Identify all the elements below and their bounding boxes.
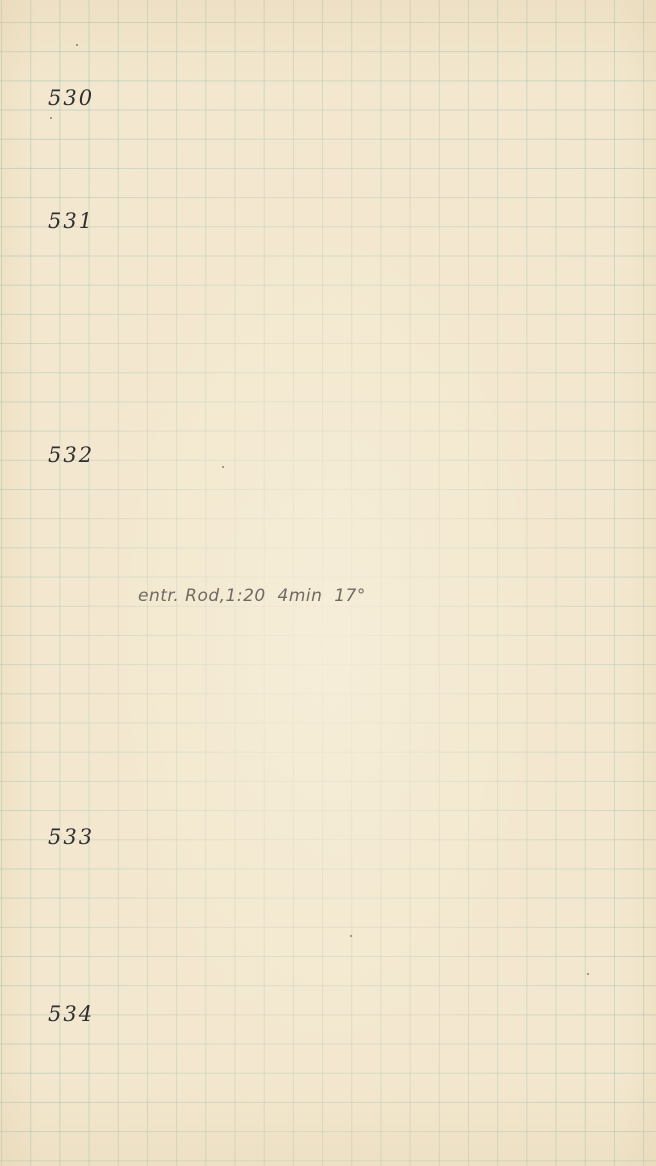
entry-number-534: 534 [48,1002,94,1026]
paper-speck [350,935,352,937]
entry-number-532: 532 [48,443,94,467]
handwritten-annotation: entr. Rod,1:20 4min 17° [138,586,366,606]
paper-speck [222,466,224,468]
paper-speck [50,117,52,119]
entry-number-530: 530 [48,86,94,110]
notebook-page: 530 531 532 entr. Rod,1:20 4min 17° 533 … [0,0,656,1166]
entry-number-533: 533 [48,825,94,849]
entry-number-531: 531 [48,209,94,233]
paper-speck [587,973,589,975]
paper-speck [76,44,78,46]
